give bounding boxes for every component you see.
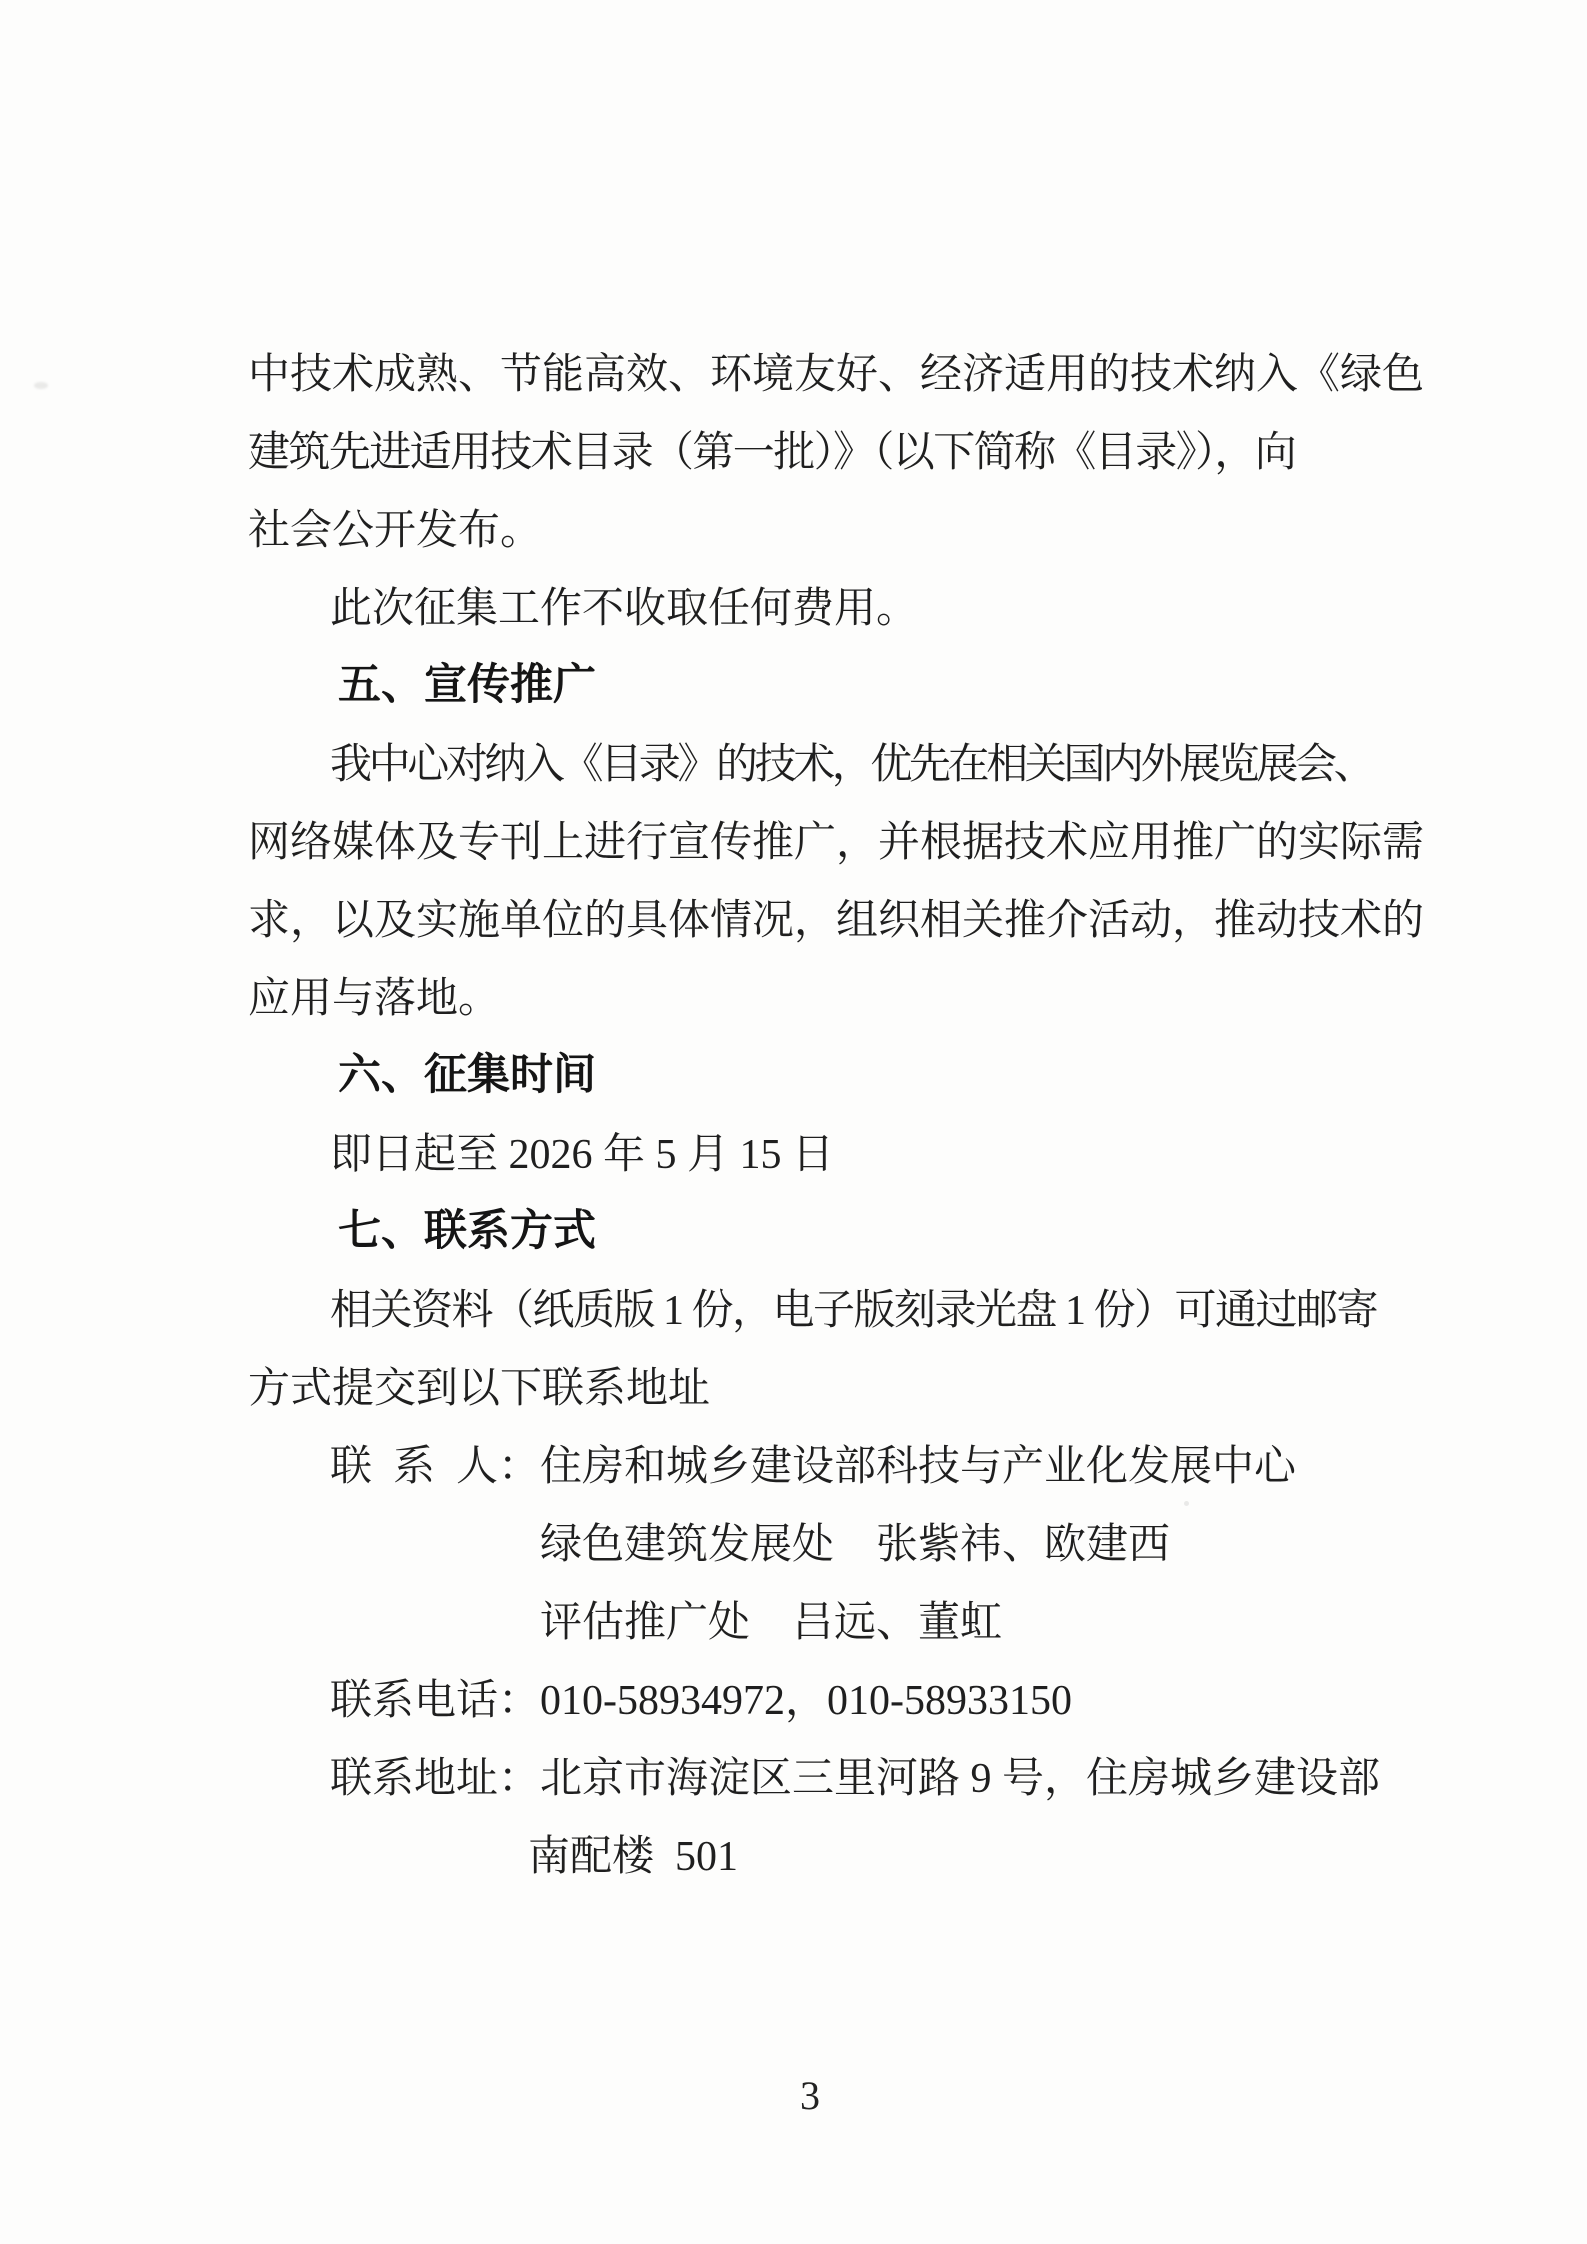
paragraph-line: 社会公开发布。 (248, 510, 542, 552)
contact-phone-line: 联系电话：010-58934972，010-58933150 (330, 1680, 1072, 1722)
section-heading-contact: 七、联系方式 (338, 1210, 596, 1253)
page-number: 3 (800, 2072, 820, 2119)
contact-address-line: 南配楼 501 (528, 1836, 738, 1878)
contact-address-line: 联系地址：北京市海淀区三里河路 9 号，住房城乡建设部 (330, 1758, 1380, 1800)
paragraph-fee-note: 此次征集工作不收取任何费用。 (330, 588, 918, 630)
paragraph-line: 网络媒体及专刊上进行宣传推广，并根据技术应用推广的实际需 (248, 822, 1424, 864)
paragraph-line: 中技术成熟、节能高效、环境友好、经济适用的技术纳入《绿色 (248, 354, 1424, 396)
contact-person-line: 联 系 人：住房和城乡建设部科技与产业化发展中心 (330, 1446, 1296, 1488)
scan-speck (1184, 1501, 1189, 1506)
paragraph-line: 建筑先进适用技术目录（第一批）》（以下简称《目录》），向 (248, 432, 1295, 474)
contact-dept-line: 评估推广处 吕远、董虹 (540, 1602, 1002, 1644)
collection-deadline: 即日起至 2026 年 5 月 15 日 (330, 1134, 834, 1176)
paragraph-line: 应用与落地。 (248, 978, 500, 1020)
document-page: 中技术成熟、节能高效、环境友好、经济适用的技术纳入《绿色 建筑先进适用技术目录（… (0, 0, 1587, 2244)
paragraph-line: 我中心对纳入《目录》的技术，优先在相关国内外展览展会、 (330, 744, 1372, 786)
scan-speck (34, 382, 48, 389)
section-heading-schedule: 六、征集时间 (338, 1054, 596, 1097)
section-heading-promotion: 五、宣传推广 (338, 664, 596, 707)
paragraph-line: 求，以及实施单位的具体情况，组织相关推介活动，推动技术的 (248, 900, 1424, 942)
mailing-instructions-line: 相关资料（纸质版 1 份，电子版刻录光盘 1 份）可通过邮寄 (330, 1290, 1377, 1332)
mailing-instructions-line: 方式提交到以下联系地址 (248, 1368, 710, 1410)
contact-dept-line: 绿色建筑发展处 张紫祎、欧建西 (540, 1524, 1170, 1566)
